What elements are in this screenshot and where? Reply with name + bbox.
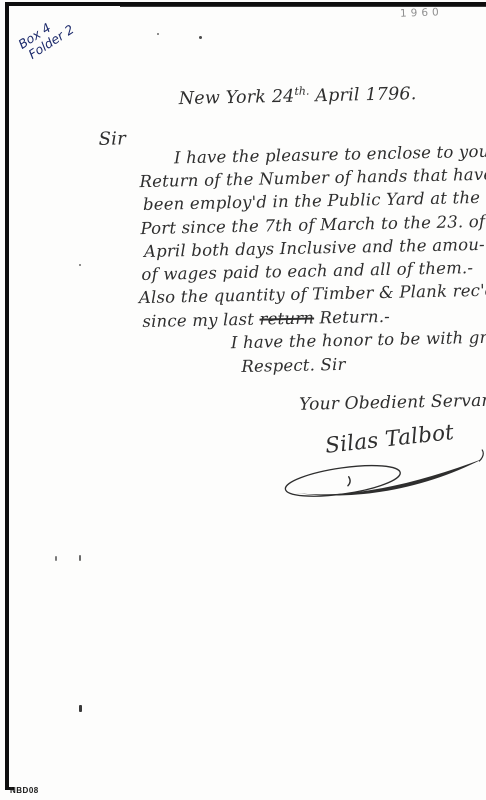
- body-line-4: Port since the 7th of March to the 23. o…: [140, 212, 485, 238]
- letter-body: New York 24th. April 1796. Sir I have th…: [0, 0, 486, 800]
- body-line-5: April both days Inclusive and the amou-: [144, 235, 485, 261]
- ink-speck: [199, 36, 202, 39]
- body-line-3: been employ'd in the Public Yard at the: [143, 188, 481, 214]
- date-line-ordinal: th.: [294, 85, 309, 98]
- body-line-6: of wages paid to each and all of them.-: [141, 258, 473, 284]
- body-line-10: Respect. Sir: [241, 355, 346, 376]
- body-line-8: since my last return Return.-: [142, 307, 390, 331]
- body-line-2: Return of the Number of hands that have: [139, 165, 486, 191]
- body-line-9: I have the honor to be with great: [231, 327, 486, 352]
- date-line-rest: April 1796.: [309, 84, 416, 106]
- body-line-8-pre: since my last: [142, 310, 259, 331]
- ink-speck: [79, 264, 81, 266]
- signature-flourish: [280, 447, 486, 503]
- ink-speck: [79, 555, 81, 561]
- body-line-8-post: Return.-: [314, 307, 390, 328]
- scanned-letter-page: Box 4 Folder 2 1960 New York 24th. April…: [0, 0, 486, 800]
- valediction: Your Obedient Servant: [299, 391, 486, 415]
- ink-speck: [157, 33, 159, 35]
- date-line-place-day: New York 24: [179, 87, 295, 109]
- ink-speck: [79, 705, 82, 712]
- salutation: Sir: [98, 128, 126, 150]
- collection-code-label: NBD08: [10, 786, 39, 795]
- date-line: New York 24th. April 1796.: [179, 82, 417, 109]
- body-line-7: Also the quantity of Timber & Plank rec'…: [139, 281, 486, 307]
- struck-word: return: [259, 308, 314, 328]
- body-line-1: I have the pleasure to enclose to you a: [174, 141, 486, 167]
- ink-speck: [55, 556, 57, 561]
